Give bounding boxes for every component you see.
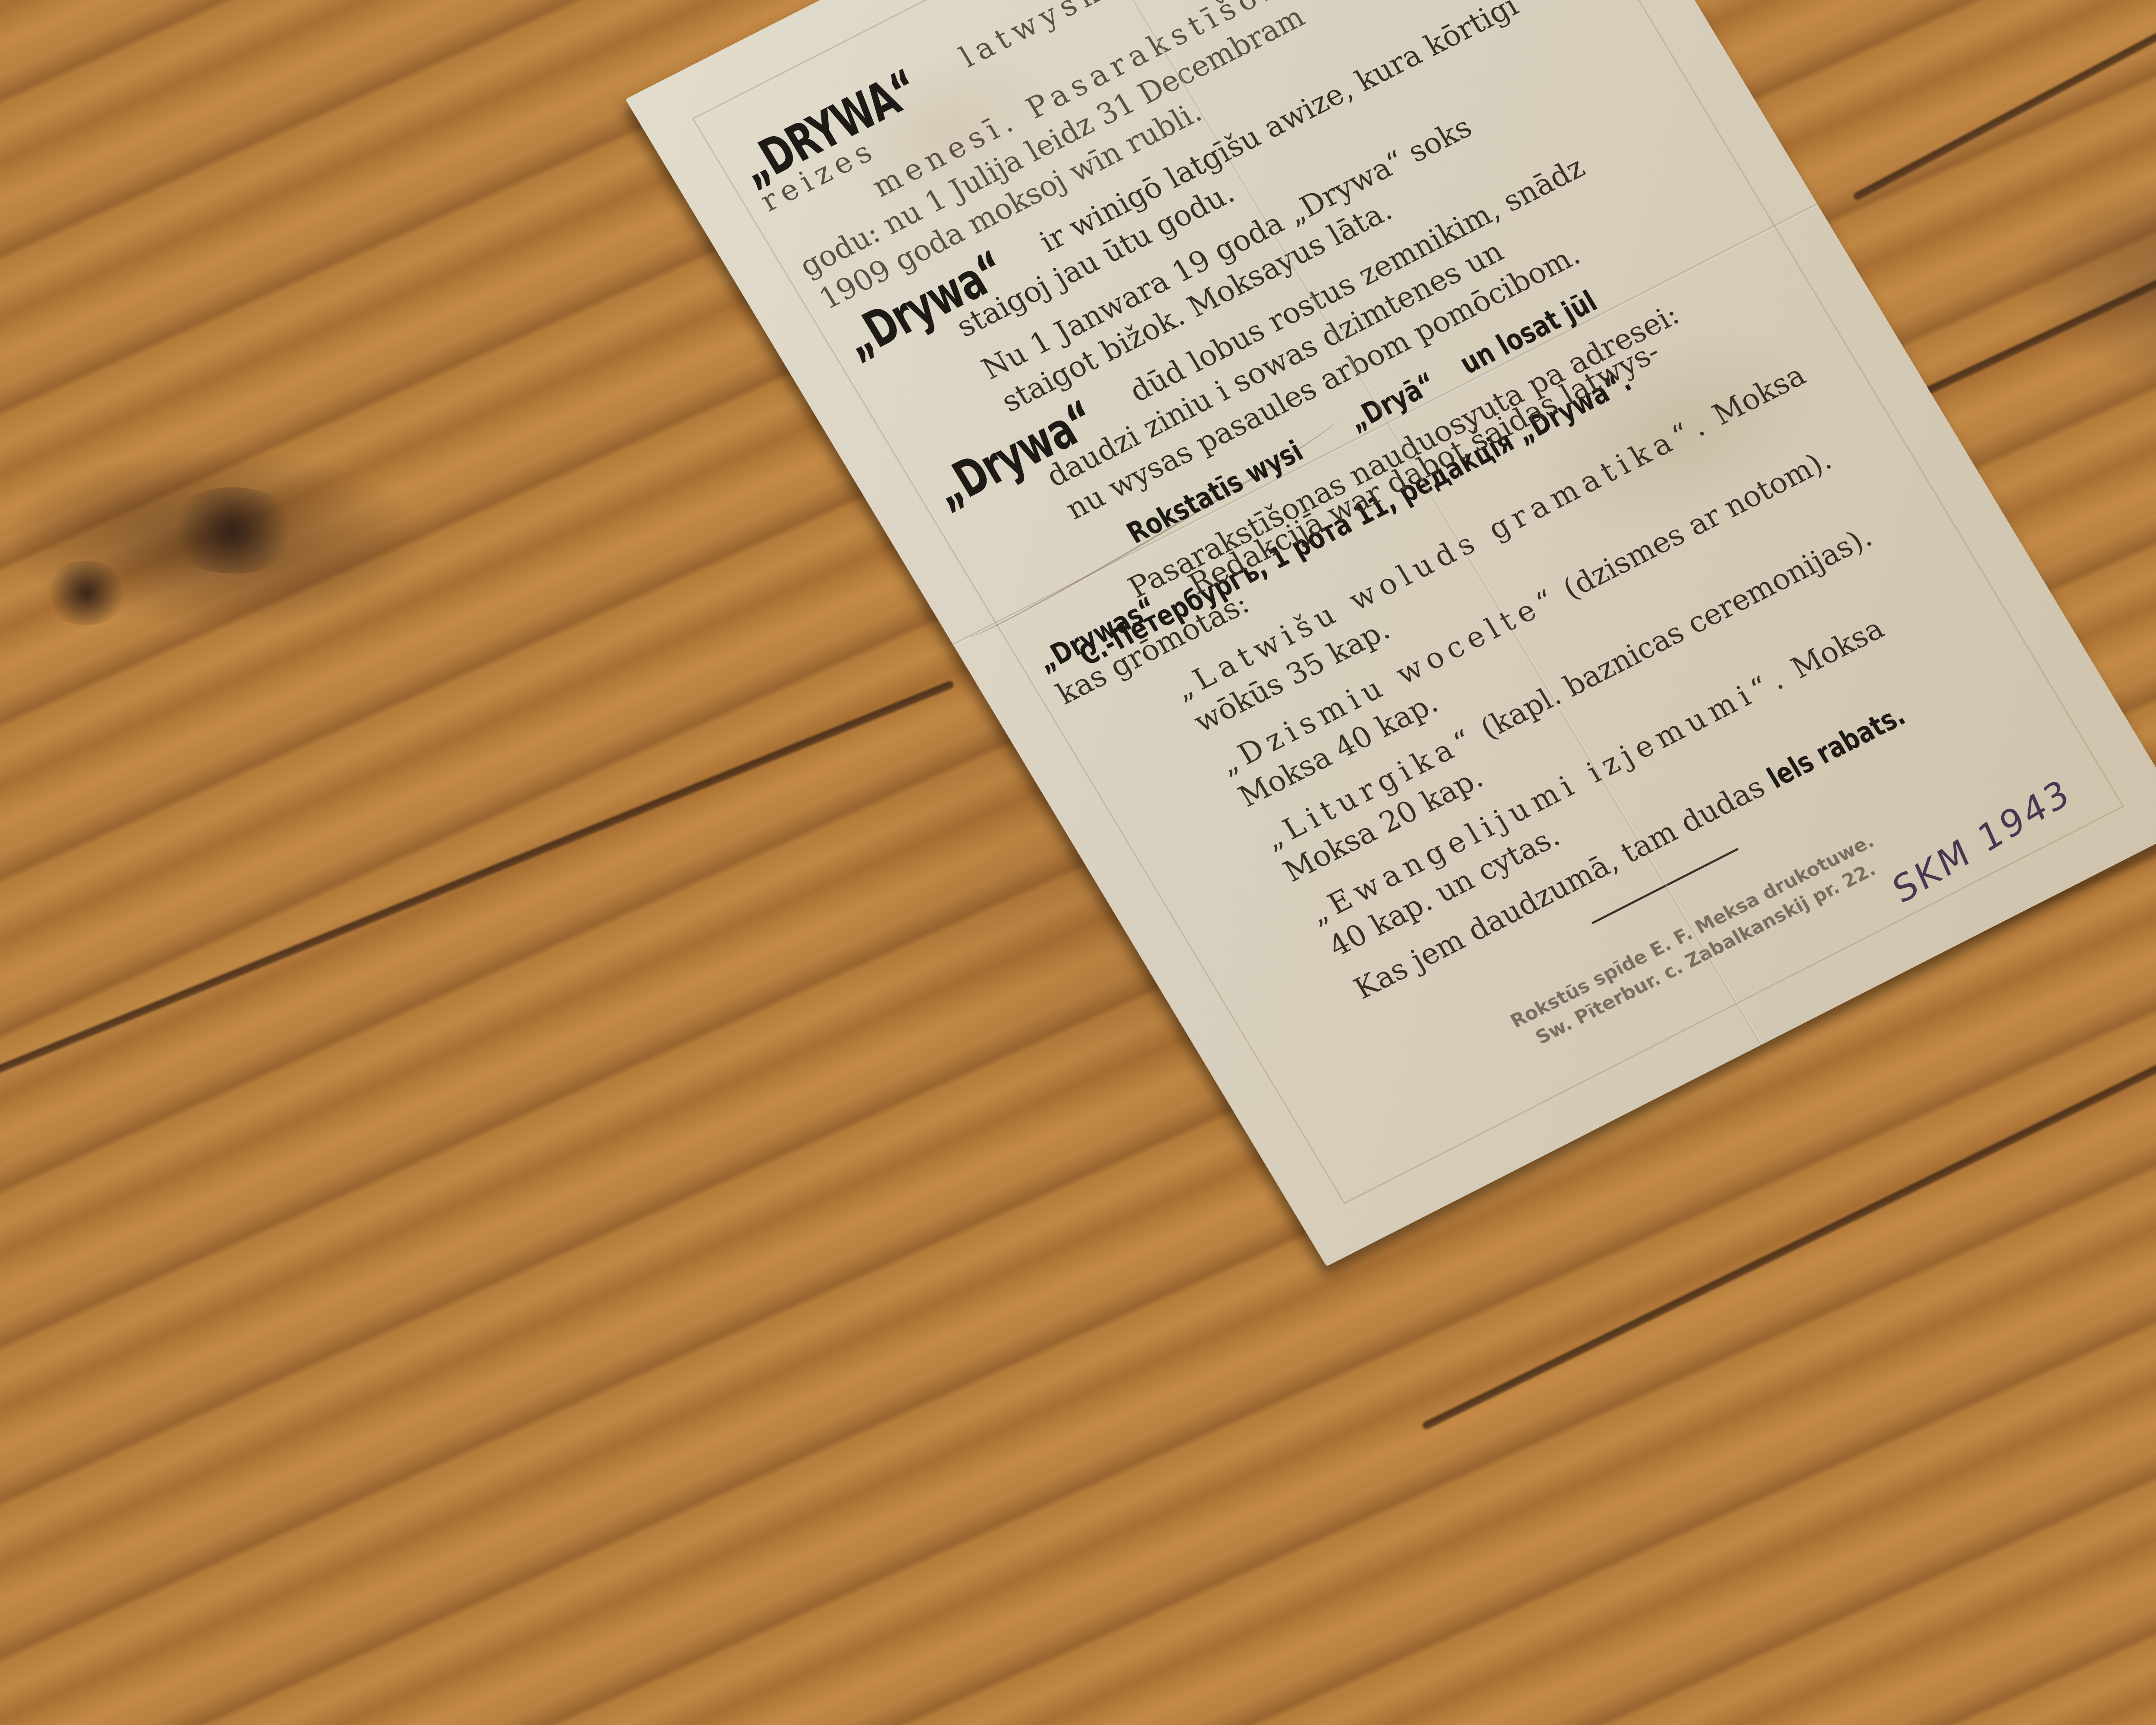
wood-board-seam	[1852, 0, 2156, 201]
wood-knot	[43, 561, 129, 625]
leaflet: „DRYWA“ latwyskō gazeta īt diwi reizes m…	[625, 0, 2156, 1267]
wood-board-seam	[0, 680, 955, 1107]
wood-knot	[164, 487, 302, 574]
